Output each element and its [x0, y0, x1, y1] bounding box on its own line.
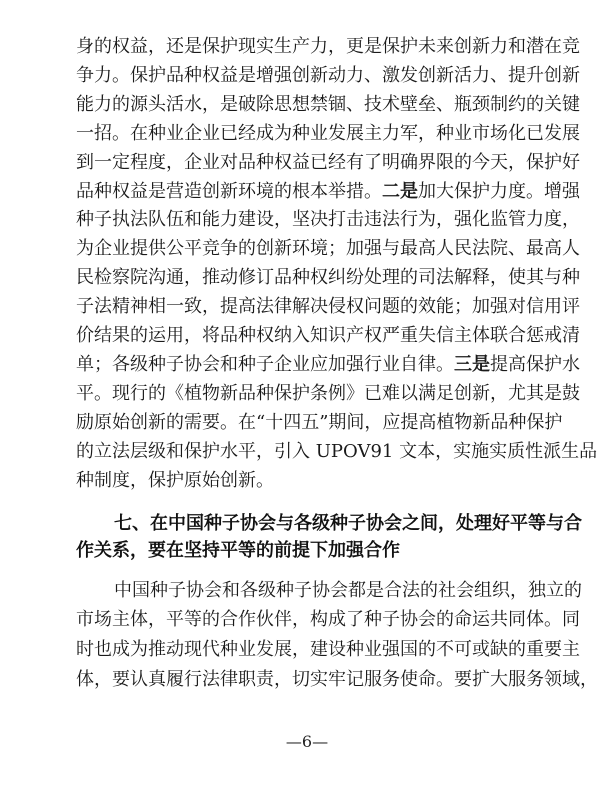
text-line: 市场主体，平等的合作伙伴，构成了种子协会的命运共同体。同 [76, 607, 546, 633]
text-line: 一招。在种业企业已经成为种业发展主力军，种业市场化已发展 [76, 121, 546, 147]
text-line: 单；各级种子协会和种子企业应加强行业自律。三是提高保护水 [76, 352, 546, 378]
text-line: 体，要认真履行法律职责，切实牢记服务使命。要扩大服务领域， [76, 667, 546, 693]
text-line: 平。现行的《植物新品种保护条例》已难以满足创新，尤其是鼓 [76, 381, 546, 407]
document-page: 身的权益，还是保护现实生产力，更是保护未来创新力和潜在竞 争力。保护品种权益是增… [0, 0, 614, 796]
text-segment: 单；各级种子协会和种子企业应加强行业自律。 [76, 354, 454, 375]
text-line: 价结果的运用，将品种权纳入知识产权严重失信主体联合惩戒清 [76, 323, 546, 349]
text-line: 品种权益是营造创新环境的根本举措。二是加大保护力度。增强 [76, 179, 546, 205]
text-line: 子法精神相一致，提高法律解决侵权问题的效能；加强对信用评 [76, 294, 546, 320]
emphasis-text: 二是 [382, 181, 418, 202]
text-line: 到一定程度，企业对品种权益已经有了明确界限的今天，保护好 [76, 150, 546, 176]
text-segment: 提高保护水 [490, 354, 580, 375]
text-segment: 品种权益是营造创新环境的根本举措。 [76, 181, 382, 202]
text-line: 时也成为推动现代种业发展，建设种业强国的不可或缺的重要主 [76, 637, 546, 663]
heading-line: 作关系，要在坚持平等的前提下加强合作 [76, 538, 546, 564]
text-line: 种制度，保护原始创新。 [76, 468, 546, 494]
text-line: 的立法层级和保护水平，引入 UPOV91 文本，实施实质性派生品 [76, 439, 546, 465]
text-line: 励原始创新的需要。在“十四五”期间，应提高植物新品种保护 [76, 410, 546, 436]
text-line: 民检察院沟通，推动修订品种权纠纷处理的司法解释，使其与种 [76, 265, 546, 291]
heading-line: 七、在中国种子协会与各级种子协会之间，处理好平等与合 [114, 511, 546, 537]
text-line: 能力的源头活水，是破除思想禁锢、技术壁垒、瓶颈制约的关键 [76, 92, 546, 118]
text-line: 争力。保护品种权益是增强创新动力、激发创新活力、提升创新 [76, 63, 546, 89]
text-segment: 加大保护力度。增强 [418, 181, 580, 202]
text-line: 种子执法队伍和能力建设，坚决打击违法行为，强化监管力度， [76, 207, 546, 233]
text-line: 为企业提供公平竞争的创新环境；加强与最高人民法院、最高人 [76, 236, 546, 262]
emphasis-text: 三是 [454, 354, 490, 375]
text-line: 身的权益，还是保护现实生产力，更是保护未来创新力和潜在竞 [76, 34, 546, 60]
page-number: —6— [0, 732, 614, 751]
text-line: 中国种子协会和各级种子协会都是合法的社会组织，独立的 [114, 578, 546, 604]
